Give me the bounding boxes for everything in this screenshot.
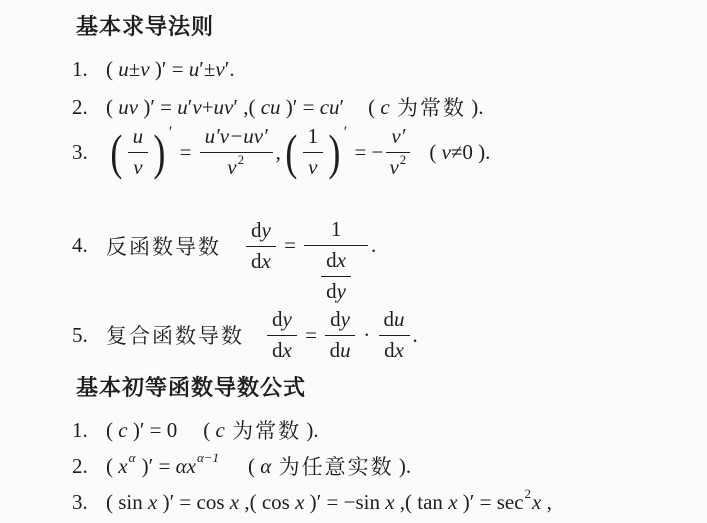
math-text: )′ = sec [458, 490, 524, 515]
fraction: dxdy [321, 248, 351, 304]
math-variable: u′v−uv′ [205, 124, 268, 149]
math-text: = [300, 323, 322, 348]
math-variable: x [283, 338, 292, 363]
math-variable: y [337, 279, 346, 304]
item-number: 4. [72, 233, 106, 258]
formula: ( uv )′ = u′v+uv′ ,( cu )′ = cu′( c 为常数 … [106, 92, 483, 122]
formula-item: 4.反函数导数dydx = 1dxdy. [72, 202, 699, 289]
document-page: 基本求导法则 1.( u±v )′ = u′±v′.2.( uv )′ = u′… [0, 0, 707, 523]
math-text: ( [106, 57, 118, 82]
math-text: , [541, 490, 552, 515]
fraction: dudx [379, 307, 410, 363]
denominator: dx [384, 336, 404, 363]
math-text: ). [466, 95, 484, 120]
superscript: 2 [400, 152, 407, 168]
math-variable: v [215, 57, 224, 82]
formula: ( c )′ = 0( c 为常数 ). [106, 415, 319, 445]
formula-item: 2.( uv )′ = u′v+uv′ ,( cu )′ = cu′( c 为常… [72, 92, 699, 122]
math-text: ( [248, 454, 260, 479]
formula: ( u±v )′ = u′±v′. [106, 57, 235, 82]
denominator: v2 [227, 153, 245, 180]
formula: 反函数导数dydx = 1dxdy. [106, 202, 376, 289]
math-variable: v′ [391, 124, 405, 149]
formula-item: 2.( xα )′ = αxα−1( α 为任意实数 ). [72, 451, 699, 481]
math-text: = − [349, 140, 383, 165]
math-text: d [384, 338, 395, 363]
denominator: dxdy [304, 246, 368, 304]
math-variable: u [394, 307, 405, 332]
math-variable: u [189, 57, 200, 82]
math-text: d [330, 338, 341, 363]
math-cjk-label: 为常数 [225, 415, 301, 445]
math-text: ( [106, 454, 118, 479]
math-variable: v [308, 155, 317, 180]
math-text: d [384, 307, 395, 332]
fraction: uv [128, 124, 149, 180]
numerator: v′ [386, 124, 410, 153]
numerator: dy [325, 307, 355, 336]
math-text: = [279, 233, 301, 258]
math-variable: u [177, 95, 188, 120]
prime-mark: ′ [344, 124, 348, 142]
math-variable: u [340, 338, 351, 363]
math-text: )′ = [281, 95, 320, 120]
big-paren-group: (uv)′ [108, 124, 172, 180]
math-variable: cu [320, 95, 340, 120]
right-paren-icon: ) [328, 124, 340, 180]
denominator: dx [251, 247, 271, 274]
math-variable: αx [176, 454, 196, 479]
right-paren-icon: ) [153, 124, 165, 180]
math-text: ,( cos [239, 490, 295, 515]
superscript: α−1 [197, 450, 219, 466]
math-variable: u [133, 124, 144, 149]
math-text: d [251, 218, 262, 243]
formula: ( xα )′ = αxα−1( α 为任意实数 ). [106, 451, 411, 481]
math-variable: uv [214, 95, 234, 120]
math-variable: x [262, 249, 271, 274]
math-text: )′ = [150, 57, 189, 82]
numerator: 1 [303, 124, 324, 153]
math-variable: v [389, 155, 398, 180]
math-text: d [330, 307, 341, 332]
item-number: 3. [72, 140, 106, 165]
math-text: d [326, 248, 337, 273]
math-variable: x [118, 454, 127, 479]
math-text: + [202, 95, 214, 120]
denominator: v [133, 153, 142, 180]
math-variable: u [118, 57, 129, 82]
numerator: u [128, 124, 149, 153]
math-variable: y [341, 307, 350, 332]
math-variable: v [133, 155, 142, 180]
denominator: du [330, 336, 351, 363]
math-text: . [371, 233, 376, 258]
math-variable: x [230, 490, 239, 515]
math-text: d [272, 307, 283, 332]
left-paren-icon: ( [285, 124, 297, 180]
numerator: dx [321, 248, 351, 277]
math-text: 1 [331, 217, 342, 242]
math-text: )′ = −sin [304, 490, 385, 515]
math-variable: x [532, 490, 541, 515]
fraction: dydx [246, 218, 276, 274]
math-text: ≠0 ). [451, 140, 491, 165]
numerator: dy [267, 307, 297, 336]
denominator: dx [272, 336, 292, 363]
superscript: α [129, 450, 136, 466]
formula-list-derivative-rules: 1.( u±v )′ = u′±v′.2.( uv )′ = u′v+uv′ ,… [72, 54, 699, 363]
section-title-derivative-rules: 基本求导法则 [76, 10, 699, 41]
denominator: dy [326, 277, 346, 304]
math-text: d [272, 338, 283, 363]
fraction: u′v−uv′v2 [200, 124, 273, 180]
prime-mark: ′ [169, 124, 173, 142]
math-variable: c [380, 95, 389, 120]
denominator: v [308, 153, 317, 180]
math-variable: x [448, 490, 457, 515]
section-elementary-function-formulas: 基本初等函数导数公式 1.( c )′ = 0( c 为常数 ).2.( xα … [72, 371, 699, 517]
formula-item: 1.( c )′ = 0( c 为常数 ). [72, 415, 699, 445]
fraction: dydx [267, 307, 297, 363]
math-text: ( [106, 95, 118, 120]
big-paren-group: (1v)′ [283, 124, 347, 180]
fraction: v′v2 [386, 124, 410, 180]
superscript: 2 [525, 486, 532, 502]
formula: 复合函数导数dydx = dydu · dudx. [106, 307, 418, 363]
fraction: 1v [303, 124, 324, 180]
formula-item: 5.复合函数导数dydx = dydu · dudx. [72, 307, 699, 363]
math-text: . [413, 323, 418, 348]
math-text: ′ ,( [233, 95, 260, 120]
math-text: ( [368, 95, 380, 120]
formula-item: 1.( u±v )′ = u′±v′. [72, 54, 699, 84]
math-text: d [251, 249, 262, 274]
math-text: ( [106, 418, 118, 443]
formula: ( sin x )′ = cos x ,( cos x )′ = −sin x … [106, 490, 552, 515]
math-text: ( sin [106, 490, 148, 515]
math-variable: x [395, 338, 404, 363]
left-paren-icon: ( [110, 124, 122, 180]
math-variable: x [295, 490, 304, 515]
math-cjk-label: 复合函数导数 [106, 320, 244, 350]
math-variable: uv [118, 95, 138, 120]
section-title-elementary-formulas: 基本初等函数导数公式 [76, 371, 699, 402]
math-variable: v [442, 140, 451, 165]
fraction: 1dxdy [304, 217, 368, 304]
formula-item: 3.(uv)′ = u′v−uv′v2,(1v)′ = −v′v2( v≠0 )… [72, 124, 699, 180]
math-text: ′ [340, 95, 345, 120]
math-cjk-label: 为任意实数 [271, 451, 393, 481]
math-variable: x [337, 248, 346, 273]
math-text: ). [301, 418, 319, 443]
numerator: dy [246, 218, 276, 247]
fraction: dydu [325, 307, 355, 363]
math-variable: α [260, 454, 271, 479]
numerator: 1 [304, 217, 368, 246]
numerator: du [379, 307, 410, 336]
math-variable: v [140, 57, 149, 82]
math-variable: y [262, 218, 271, 243]
math-variable: x [148, 490, 157, 515]
formula-list-elementary-formulas: 1.( c )′ = 0( c 为常数 ).2.( xα )′ = αxα−1(… [72, 415, 699, 517]
math-text: ( [203, 418, 215, 443]
math-variable: c [216, 418, 225, 443]
math-text: ). [394, 454, 412, 479]
math-text: ′. [225, 57, 235, 82]
math-text: = [174, 140, 196, 165]
math-variable: cu [261, 95, 281, 120]
denominator: v2 [389, 153, 407, 180]
formula: (uv)′ = u′v−uv′v2,(1v)′ = −v′v2( v≠0 ). [106, 124, 490, 180]
numerator: u′v−uv′ [200, 124, 273, 153]
math-variable: v [192, 95, 201, 120]
math-cjk-label: 反函数导数 [106, 231, 221, 261]
math-text: · [358, 323, 376, 348]
math-text: )′ = [138, 95, 177, 120]
formula-item: 3.( sin x )′ = cos x ,( cos x )′ = −sin … [72, 487, 699, 517]
item-number: 3. [72, 490, 106, 515]
math-variable: c [118, 418, 127, 443]
math-text: ± [129, 57, 141, 82]
item-number: 5. [72, 323, 106, 348]
math-cjk-label: 为常数 [390, 92, 466, 122]
math-text: 1 [308, 124, 319, 149]
math-text: )′ = cos [157, 490, 229, 515]
math-text: )′ = 0 [128, 418, 178, 443]
section-basic-derivative-rules: 基本求导法则 1.( u±v )′ = u′±v′.2.( uv )′ = u′… [72, 10, 699, 363]
math-text: , [276, 140, 281, 165]
item-number: 2. [72, 95, 106, 120]
item-number: 1. [72, 57, 106, 82]
math-text: d [326, 279, 337, 304]
math-variable: v [227, 155, 236, 180]
math-text: ′± [199, 57, 215, 82]
math-text: ,( tan [395, 490, 449, 515]
item-number: 1. [72, 418, 106, 443]
math-variable: x [385, 490, 394, 515]
math-variable: y [283, 307, 292, 332]
math-text: )′ = [136, 454, 175, 479]
item-number: 2. [72, 454, 106, 479]
math-text: ( [429, 140, 441, 165]
superscript: 2 [238, 152, 245, 168]
